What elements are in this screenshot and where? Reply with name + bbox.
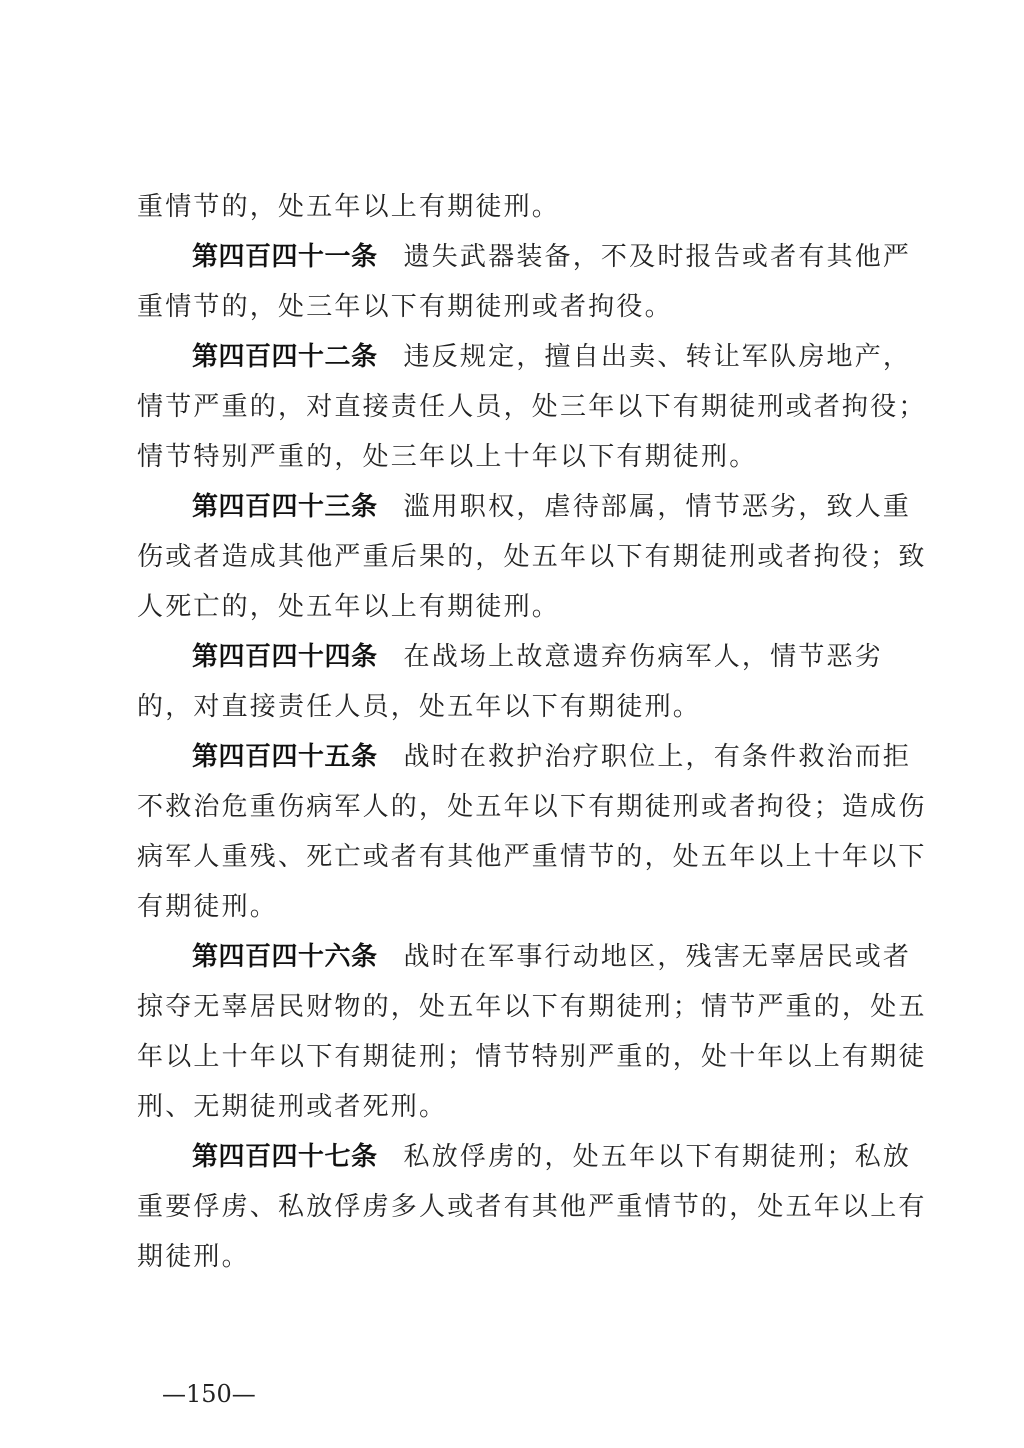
article-text: 在战场上故意遗弃伤病军人，情节恶劣 xyxy=(404,642,883,672)
article-line: 年以上十年以下有期徒刑；情节特别严重的，处十年以上有期徒 xyxy=(137,1032,897,1082)
article-first-line: 第四百四十六条战时在军事行动地区，残害无辜居民或者 xyxy=(137,932,897,982)
article-number: 第四百四十五条 xyxy=(192,742,378,772)
article-line: 的，对直接责任人员，处五年以下有期徒刑。 xyxy=(137,682,897,732)
article-text: 滥用职权，虐待部属，情节恶劣，致人重 xyxy=(404,492,912,522)
article-first-line: 第四百四十五条战时在救护治疗职位上，有条件救治而拒 xyxy=(137,732,897,782)
article-444: 第四百四十四条在战场上故意遗弃伤病军人，情节恶劣 的，对直接责任人员，处五年以下… xyxy=(137,632,897,732)
article-line: 重情节的，处三年以下有期徒刑或者拘役。 xyxy=(137,282,897,332)
article-first-line: 第四百四十二条违反规定，擅自出卖、转让军队房地产， xyxy=(137,332,897,382)
article-number: 第四百四十一条 xyxy=(192,242,378,272)
article-first-line: 第四百四十七条私放俘虏的，处五年以下有期徒刑；私放 xyxy=(137,1132,897,1182)
article-text: 遗失武器装备，不及时报告或者有其他严 xyxy=(404,242,912,272)
page-number: —150— xyxy=(162,1380,256,1408)
article-number: 第四百四十六条 xyxy=(192,942,378,972)
article-442: 第四百四十二条违反规定，擅自出卖、转让军队房地产， 情节严重的，对直接责任人员，… xyxy=(137,332,897,482)
article-line: 期徒刑。 xyxy=(137,1232,897,1282)
article-first-line: 第四百四十一条遗失武器装备，不及时报告或者有其他严 xyxy=(137,232,897,282)
article-445: 第四百四十五条战时在救护治疗职位上，有条件救治而拒 不救治危重伤病军人的，处五年… xyxy=(137,732,897,932)
article-text: 战时在救护治疗职位上，有条件救治而拒 xyxy=(404,742,912,772)
document-page: 重情节的，处五年以上有期徒刑。 第四百四十一条遗失武器装备，不及时报告或者有其他… xyxy=(137,182,897,1282)
article-line: 人死亡的，处五年以上有期徒刑。 xyxy=(137,582,897,632)
article-text: 私放俘虏的，处五年以下有期徒刑；私放 xyxy=(404,1142,912,1172)
article-text: 战时在军事行动地区，残害无辜居民或者 xyxy=(404,942,912,972)
article-number: 第四百四十二条 xyxy=(192,342,378,372)
article-line: 情节严重的，对直接责任人员，处三年以下有期徒刑或者拘役； xyxy=(137,382,897,432)
article-first-line: 第四百四十四条在战场上故意遗弃伤病军人，情节恶劣 xyxy=(137,632,897,682)
article-number: 第四百四十七条 xyxy=(192,1142,378,1172)
article-443: 第四百四十三条滥用职权，虐待部属，情节恶劣，致人重 伤或者造成其他严重后果的，处… xyxy=(137,482,897,632)
article-text: 违反规定，擅自出卖、转让军队房地产， xyxy=(404,342,912,372)
article-441: 第四百四十一条遗失武器装备，不及时报告或者有其他严 重情节的，处三年以下有期徒刑… xyxy=(137,232,897,332)
article-line: 伤或者造成其他严重后果的，处五年以下有期徒刑或者拘役；致 xyxy=(137,532,897,582)
article-number: 第四百四十三条 xyxy=(192,492,378,522)
article-number: 第四百四十四条 xyxy=(192,642,378,672)
article-line: 重要俘虏、私放俘虏多人或者有其他严重情节的，处五年以上有 xyxy=(137,1182,897,1232)
article-line: 病军人重残、死亡或者有其他严重情节的，处五年以上十年以下 xyxy=(137,832,897,882)
article-line: 情节特别严重的，处三年以上十年以下有期徒刑。 xyxy=(137,432,897,482)
article-first-line: 第四百四十三条滥用职权，虐待部属，情节恶劣，致人重 xyxy=(137,482,897,532)
continuation-line: 重情节的，处五年以上有期徒刑。 xyxy=(137,182,897,232)
article-line: 有期徒刑。 xyxy=(137,882,897,932)
article-447: 第四百四十七条私放俘虏的，处五年以下有期徒刑；私放 重要俘虏、私放俘虏多人或者有… xyxy=(137,1132,897,1282)
article-line: 刑、无期徒刑或者死刑。 xyxy=(137,1082,897,1132)
article-446: 第四百四十六条战时在军事行动地区，残害无辜居民或者 掠夺无辜居民财物的，处五年以… xyxy=(137,932,897,1132)
article-line: 不救治危重伤病军人的，处五年以下有期徒刑或者拘役；造成伤 xyxy=(137,782,897,832)
article-line: 掠夺无辜居民财物的，处五年以下有期徒刑；情节严重的，处五 xyxy=(137,982,897,1032)
